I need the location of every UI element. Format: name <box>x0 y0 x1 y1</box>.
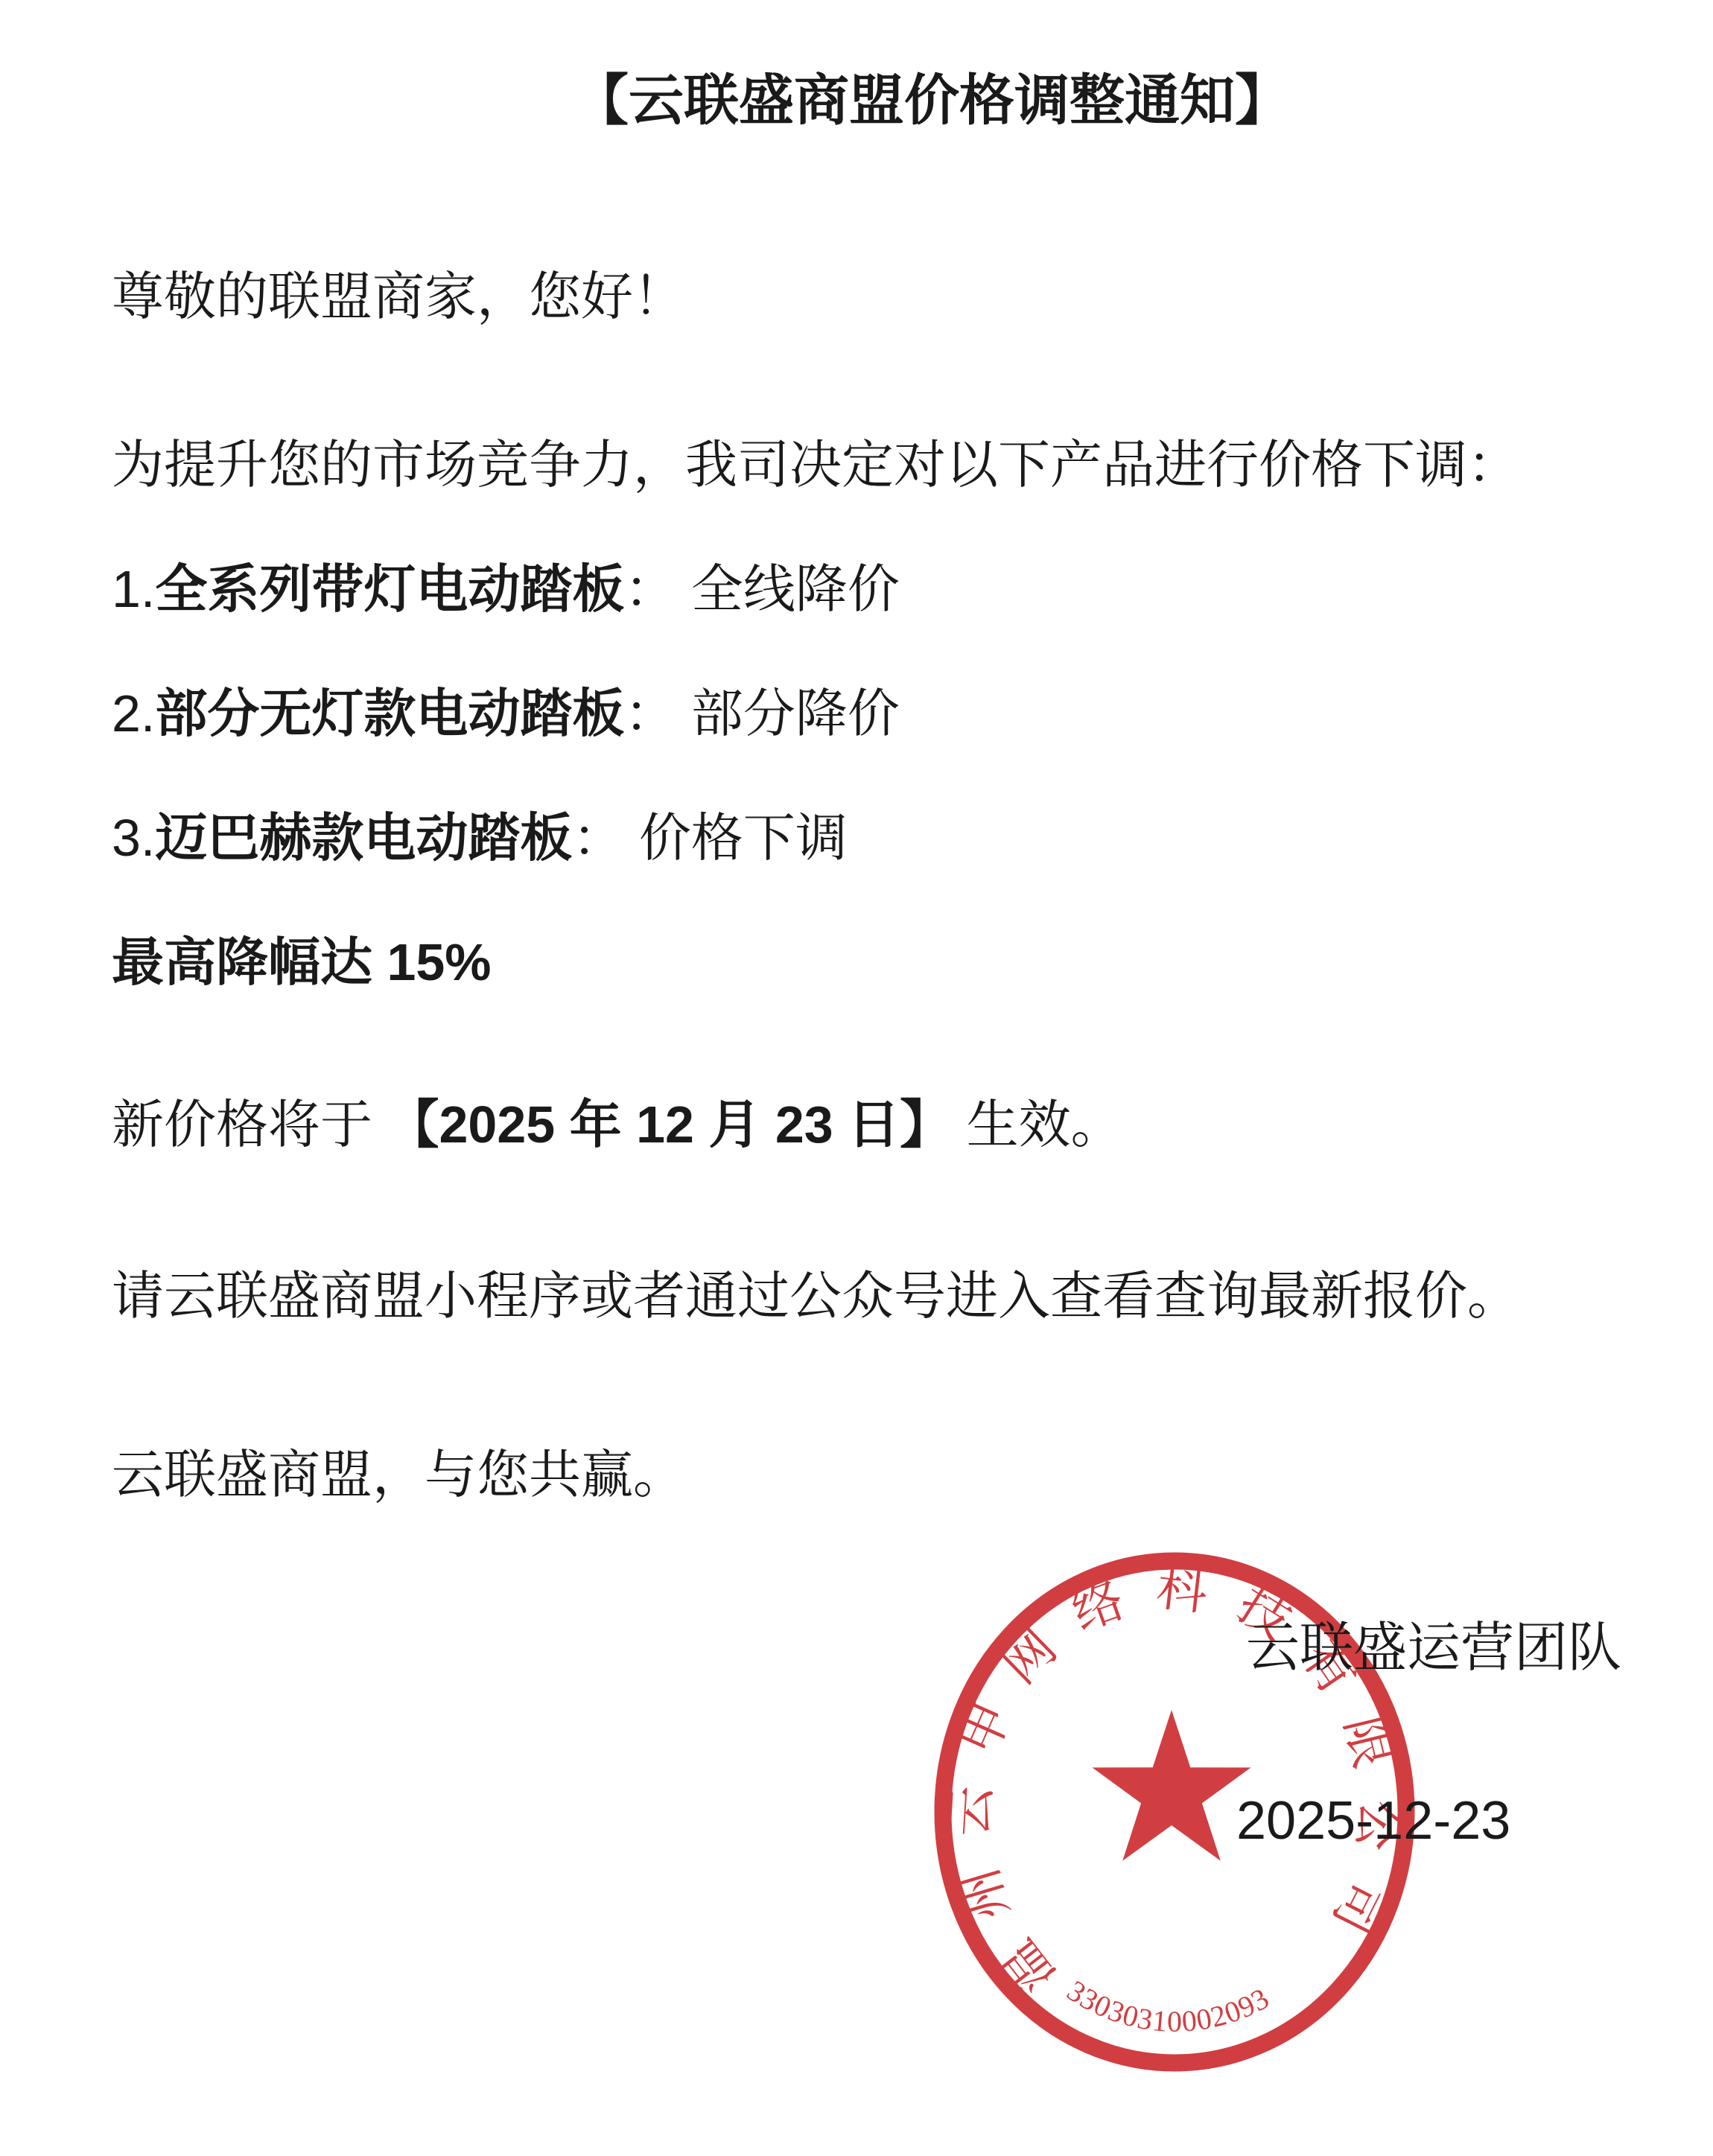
list-item: 2.部分无灯款电动踏板： 部分降价 <box>112 684 900 744</box>
query-hint-line: 请云联盛商盟小程序或者通过公众号进入查看查询最新报价。 <box>112 1266 1519 1326</box>
max-discount-line: 最高降幅达 15% <box>112 932 492 993</box>
item-number: 3. <box>112 809 155 867</box>
intro-line: 为提升您的市场竞争力，我司决定对以下产品进行价格下调： <box>112 435 1519 495</box>
effective-date: 【2025 年 12 月 23 日】 <box>387 1096 952 1154</box>
item-product: 部分无灯款电动踏板 <box>155 684 624 742</box>
item-number: 2. <box>112 684 155 742</box>
list-item: 3.迈巴赫款电动踏板： 价格下调 <box>112 808 848 868</box>
item-product: 迈巴赫款电动踏板 <box>155 809 572 867</box>
greeting-line: 尊敬的联盟商家，您好！ <box>112 267 685 327</box>
item-note: ： 部分降价 <box>624 684 899 742</box>
item-number: 1. <box>112 560 155 618</box>
seal-star-icon <box>1093 1710 1251 1861</box>
closing-line: 云联盛商盟，与您共赢。 <box>112 1445 685 1505</box>
effective-pre: 新价格将于 <box>112 1096 387 1154</box>
item-product: 全系列带灯电动踏板 <box>155 560 624 618</box>
signature: 云联盛运营团队 <box>1246 1618 1621 1679</box>
page-title: 【云联盛商盟价格调整通知】 <box>573 69 1290 135</box>
item-note: ： 价格下调 <box>572 809 847 867</box>
list-item: 1.全系列带灯电动踏板： 全线降价 <box>112 559 900 620</box>
effective-date-line: 新价格将于 【2025 年 12 月 23 日】 生效。 <box>112 1095 1123 1155</box>
effective-post: 生效。 <box>952 1096 1122 1154</box>
date: 2025-12-23 <box>1236 1790 1510 1852</box>
item-note: ： 全线降价 <box>624 560 899 618</box>
seal-number-text: 33030310002093 <box>1061 1974 1275 2038</box>
notice-document: 【云联盛商盟价格调整通知】 尊敬的联盟商家，您好！ 为提升您的市场竞争力，我司决… <box>0 0 1713 2156</box>
